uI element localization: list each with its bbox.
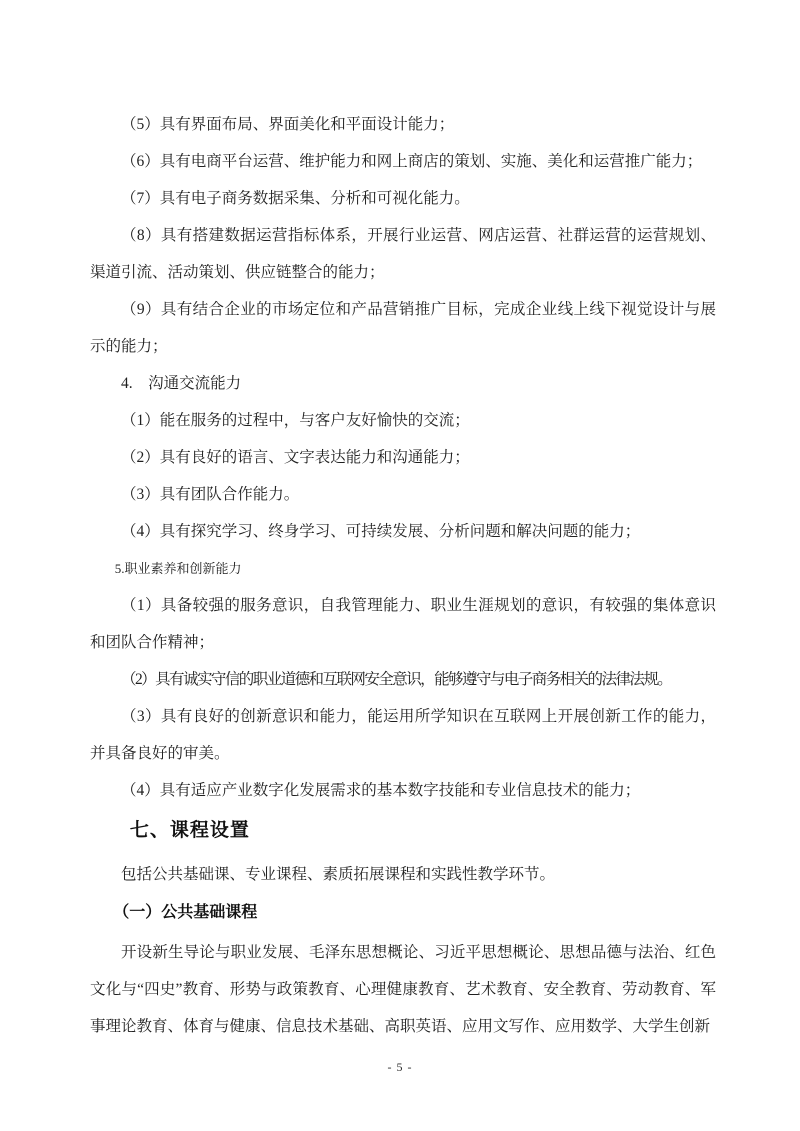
ability-item-8: （8）具有搭建数据运营指标体系，开展行业运营、网店运营、社群运营的运营规划、渠道… xyxy=(90,217,716,291)
subsection-5-professionalism-innovation: 5.职业素养和创新能力 xyxy=(90,550,716,587)
professionalism-item-2: （2）具有诚实守信的职业道德和互联网安全意识，能够遵守与电子商务相关的法律法规。 xyxy=(90,661,716,698)
communication-item-4: （4）具有探究学习、终身学习、可持续发展、分析问题和解决问题的能力； xyxy=(90,513,716,550)
ability-item-5: （5）具有界面布局、界面美化和平面设计能力； xyxy=(90,106,716,143)
professionalism-item-3: （3）具有良好的创新意识和能力，能运用所学知识在互联网上开展创新工作的能力，并具… xyxy=(90,698,716,772)
section-heading-7-curriculum: 七、课程设置 xyxy=(90,812,716,849)
professionalism-item-1: （1）具备较强的服务意识，自我管理能力、职业生涯规划的意识，有较强的集体意识和团… xyxy=(90,587,716,661)
subsection-4-communication-skills: 4. 沟通交流能力 xyxy=(90,365,716,402)
communication-item-3: （3）具有团队合作能力。 xyxy=(90,476,716,513)
ability-item-6: （6）具有电商平台运营、维护能力和网上商店的策划、实施、美化和运营推广能力； xyxy=(90,143,716,180)
page-number: - 5 - xyxy=(0,1060,800,1075)
subsection-heading-public-basic-courses: （一）公共基础课程 xyxy=(90,894,716,931)
professionalism-item-4: （4）具有适应产业数字化发展需求的基本数字技能和专业信息技术的能力； xyxy=(90,772,716,809)
public-basic-courses-list: 开设新生导论与职业发展、毛泽东思想概论、习近平思想概论、思想品德与法治、红色文化… xyxy=(90,934,716,1045)
document-body: （5）具有界面布局、界面美化和平面设计能力； （6）具有电商平台运营、维护能力和… xyxy=(90,106,716,1045)
ability-item-9: （9）具有结合企业的市场定位和产品营销推广目标，完成企业线上线下视觉设计与展示的… xyxy=(90,291,716,365)
communication-item-2: （2）具有良好的语言、文字表达能力和沟通能力； xyxy=(90,439,716,476)
document-page: （5）具有界面布局、界面美化和平面设计能力； （6）具有电商平台运营、维护能力和… xyxy=(0,0,800,1131)
curriculum-intro: 包括公共基础课、专业课程、素质拓展课程和实践性教学环节。 xyxy=(90,856,716,893)
communication-item-1: （1）能在服务的过程中，与客户友好愉快的交流； xyxy=(90,402,716,439)
ability-item-7: （7）具有电子商务数据采集、分析和可视化能力。 xyxy=(90,180,716,217)
